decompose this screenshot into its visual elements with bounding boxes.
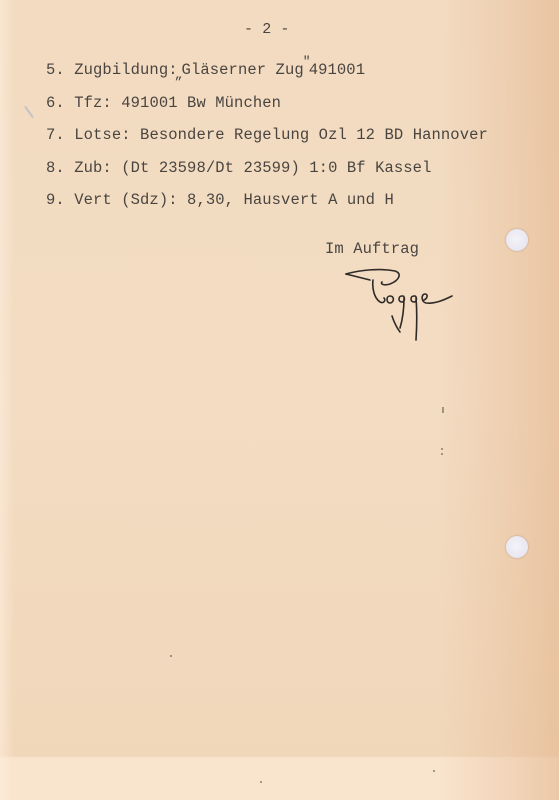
item-number: 6. [46,94,65,112]
list-item-tfz: 6. Tfz: 491001 Bw München [46,96,281,112]
ink-speck [260,781,262,783]
close-quote: " [303,55,311,68]
handwritten-signature [340,262,460,352]
item-label: Tfz: [74,94,112,112]
item-number: 9. [46,191,65,209]
item-number: 5. [46,61,65,79]
open-quote: „ [175,68,183,81]
item-value: Besondere Regelung Ozl 12 BD Hannover [140,126,488,144]
punch-hole-top [506,229,528,251]
item-value-quoted: Gläserner Zug [182,61,304,79]
ink-speck [170,655,172,657]
item-value: 8,30, Hausvert A und H [187,191,394,209]
item-label: Lotse: [74,126,130,144]
document-page: - 2 - 5. Zugbildung:„Gläserner Zug"49100… [0,0,559,800]
item-value: 491001 Bw München [121,94,281,112]
punch-hole-bottom [506,536,528,558]
item-label: Zub: [74,159,112,177]
item-label: Zugbildung: [74,61,177,79]
list-item-lotse: 7. Lotse: Besondere Regelung Ozl 12 BD H… [46,128,488,144]
item-label: Vert (Sdz): [74,191,177,209]
ink-speck [441,448,443,450]
paper-crease-mark [24,106,34,119]
list-item-zugbildung: 5. Zugbildung:„Gläserner Zug"491001 [46,63,365,79]
ink-speck [433,770,435,772]
item-value-after: 491001 [309,61,365,79]
page-number: - 2 - [244,22,290,37]
list-item-zub: 8. Zub: (Dt 23598/Dt 23599) 1:0 Bf Kasse… [46,161,431,177]
item-number: 8. [46,159,65,177]
ink-speck [441,453,443,455]
closing-phrase: Im Auftrag [325,242,419,258]
ink-speck [442,407,444,413]
list-item-vert: 9. Vert (Sdz): 8,30, Hausvert A und H [46,193,394,209]
item-number: 7. [46,126,65,144]
item-value: (Dt 23598/Dt 23599) 1:0 Bf Kassel [121,159,431,177]
